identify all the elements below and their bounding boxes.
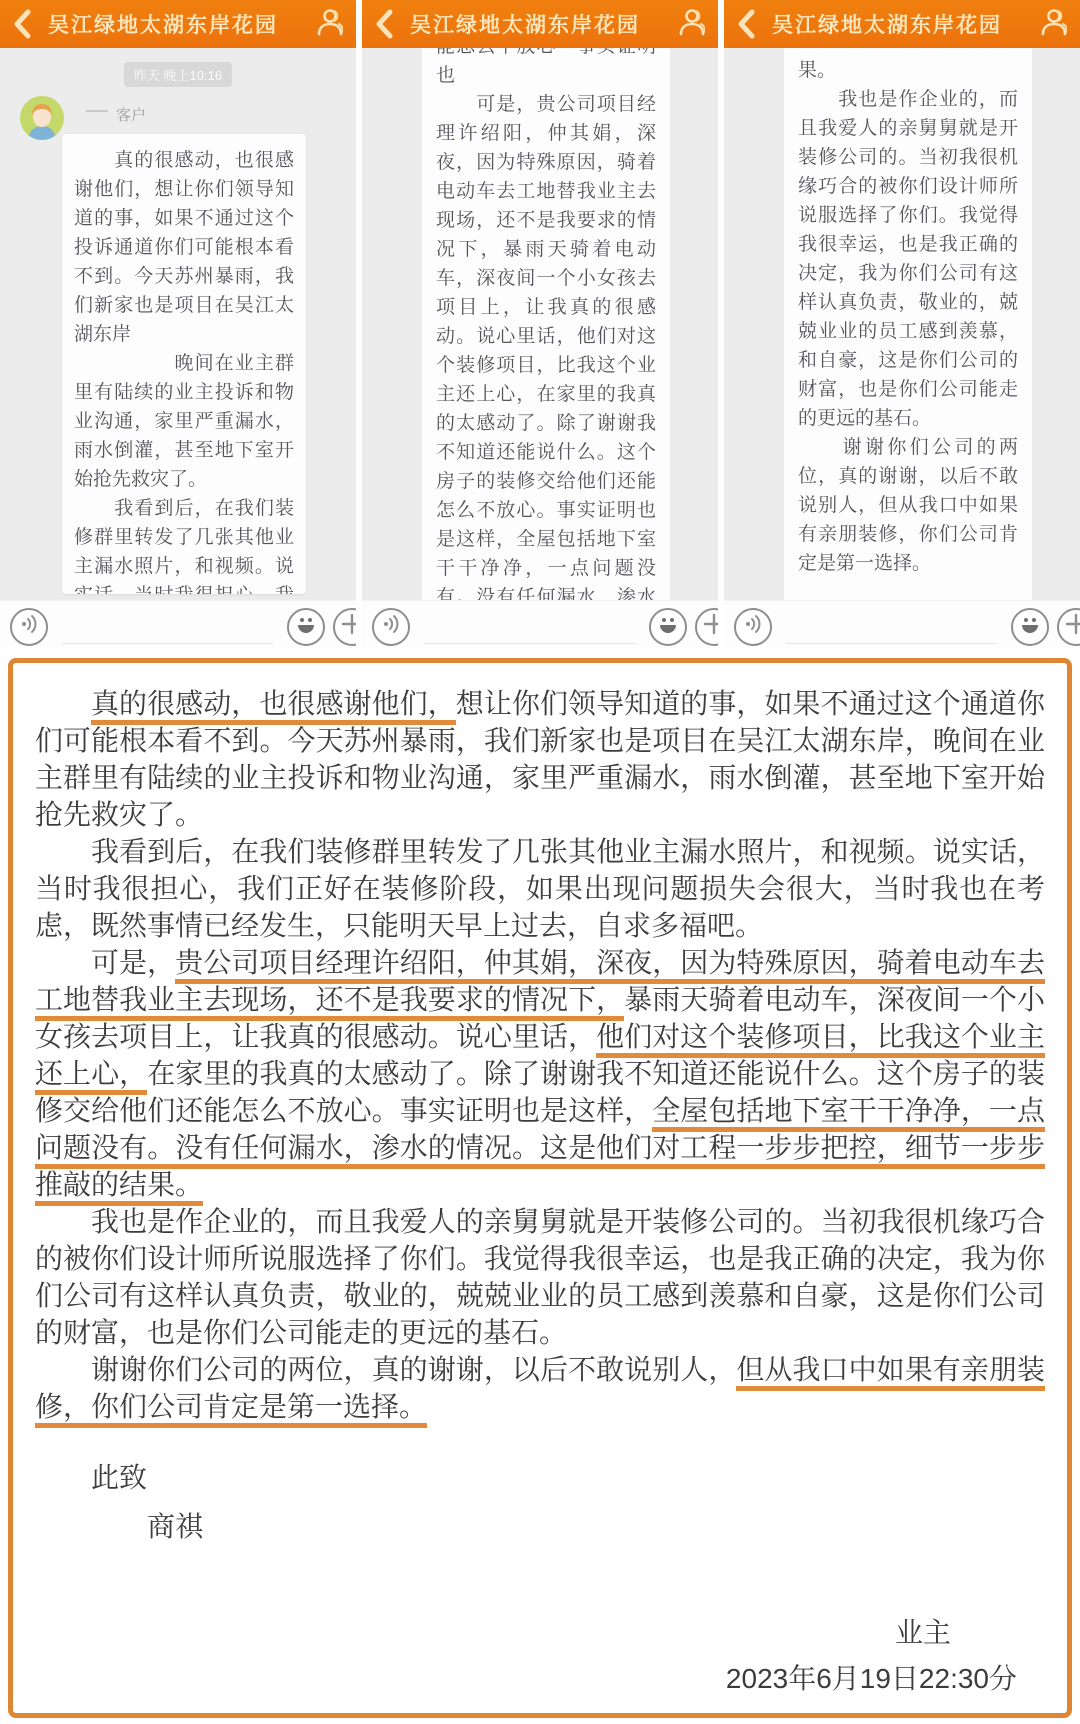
- phone-panel-2: 吴江绿地太湖东岸花园 能怎么不放心 事实证明也 可是，贵公司项目经理许绍阳，仲其…: [362, 0, 718, 652]
- voice-button[interactable]: [734, 608, 772, 646]
- chat-header: 吴江绿地太湖东岸花园: [362, 0, 718, 48]
- phone-panel-1: 吴江绿地太湖东岸花园 昨天 晚上10:16 客户 真的很感动，也很感谢他们，想让…: [0, 0, 356, 652]
- avatar[interactable]: [20, 96, 64, 140]
- chat-input-bar: [724, 600, 1080, 652]
- phone-panel-3: 吴江绿地太湖东岸花园 果。 我也是作企业的，而且我爱人的亲舅舅就是开装修公司的。…: [724, 0, 1080, 652]
- message-text: 能怎么不放心 事实证明也 可是，贵公司项目经理许绍阳，仲其娟，深夜，因为特殊原因…: [436, 48, 656, 600]
- letter-paragraph-2: 我看到后，在我们装修群里转发了几张其他业主漏水照片，和视频。说实话，当时我很担心…: [35, 833, 1045, 944]
- chat-header: 吴江绿地太湖东岸花园: [0, 0, 356, 48]
- plus-icon: [703, 613, 718, 640]
- chat-body: 昨天 晚上10:16 客户 真的很感动，也很感谢他们，想让你们领导知道的事，如果…: [0, 48, 356, 600]
- letter-paragraph-1: 真的很感动，也很感谢他们，想让你们领导知道的事，如果不通过这个通道你们可能根本看…: [35, 685, 1045, 833]
- message-input[interactable]: [62, 610, 273, 644]
- letter-paragraph-5: 谢谢你们公司的两位，真的谢谢，以后不敢说别人，但从我口中如果有亲朋装修，你们公司…: [35, 1351, 1045, 1425]
- message-sheet[interactable]: 果。 我也是作企业的，而且我爱人的亲舅舅就是开装修公司的。当初我很机缘巧合的被你…: [784, 48, 1032, 600]
- letter-paragraph-3: 可是，贵公司项目经理许绍阳，仲其娟，深夜，因为特殊原因，骑着电动车去工地替我业主…: [35, 944, 1045, 1203]
- back-chevron-icon: [736, 9, 756, 39]
- chat-input-bar: [362, 600, 718, 652]
- back-button[interactable]: [12, 7, 42, 41]
- letter-paragraph-4: 我也是作企业的，而且我爱人的亲舅舅就是开装修公司的。当初我很机缘巧合的被你们设计…: [35, 1203, 1045, 1351]
- message-bubble[interactable]: 真的很感动，也很感谢他们，想让你们领导知道的事，如果不通过这个投诉通道你们可能根…: [62, 134, 306, 594]
- plus-icon: [341, 613, 356, 640]
- back-button[interactable]: [374, 7, 404, 41]
- message-text: 真的很感动，也很感谢他们，想让你们领导知道的事，如果不通过这个投诉通道你们可能根…: [74, 146, 294, 594]
- emoji-button[interactable]: [1011, 608, 1049, 646]
- more-button[interactable]: [1057, 608, 1080, 646]
- sender-name: 客户: [116, 104, 146, 125]
- voice-button[interactable]: [10, 608, 48, 646]
- more-button[interactable]: [695, 608, 718, 646]
- voice-wave-icon: [18, 613, 40, 640]
- chat-input-bar: [0, 600, 356, 652]
- contacts-button[interactable]: [670, 6, 706, 42]
- voice-wave-icon: [742, 613, 764, 640]
- smiley-icon: [294, 612, 318, 641]
- contacts-icon: [671, 7, 705, 42]
- timestamp-badge: 昨天 晚上10:16: [124, 62, 232, 87]
- redacted-name-dash: [86, 110, 108, 112]
- contacts-icon: [1033, 7, 1067, 42]
- message-sheet[interactable]: 能怎么不放心 事实证明也 可是，贵公司项目经理许绍阳，仲其娟，深夜，因为特殊原因…: [422, 48, 670, 600]
- chat-header: 吴江绿地太湖东岸花园: [724, 0, 1080, 48]
- message-input[interactable]: [424, 610, 635, 644]
- back-button[interactable]: [736, 7, 766, 41]
- signature-datetime: 2023年6月19日22:30分: [35, 1657, 1017, 1697]
- back-chevron-icon: [374, 9, 394, 39]
- voice-wave-icon: [380, 613, 402, 640]
- emoji-button[interactable]: [287, 608, 325, 646]
- contacts-icon: [309, 7, 343, 42]
- letter-closing: 此致 商祺: [35, 1459, 1045, 1545]
- message-input[interactable]: [786, 610, 997, 644]
- chat-body: 能怎么不放心 事实证明也 可是，贵公司项目经理许绍阳，仲其娟，深夜，因为特殊原因…: [362, 48, 718, 600]
- more-button[interactable]: [333, 608, 356, 646]
- closing-salute: 此致: [35, 1459, 1045, 1496]
- chat-body: 果。 我也是作企业的，而且我爱人的亲舅舅就是开装修公司的。当初我很机缘巧合的被你…: [724, 48, 1080, 600]
- smiley-icon: [656, 612, 680, 641]
- chat-screenshots-row: 吴江绿地太湖东岸花园 昨天 晚上10:16 客户 真的很感动，也很感谢他们，想让…: [0, 0, 1080, 652]
- signature-signer: 业主: [35, 1611, 951, 1651]
- plus-icon: [1065, 613, 1080, 640]
- highlighted-phrase: 真的很感动，也很感谢他们，: [91, 688, 456, 725]
- chat-title: 吴江绿地太湖东岸花园: [42, 9, 308, 39]
- contacts-button[interactable]: [308, 6, 344, 42]
- emoji-button[interactable]: [649, 608, 687, 646]
- contacts-button[interactable]: [1032, 6, 1068, 42]
- back-chevron-icon: [12, 9, 32, 39]
- letter-transcription-box: 真的很感动，也很感谢他们，想让你们领导知道的事，如果不通过这个通道你们可能根本看…: [8, 658, 1072, 1718]
- closing-regards: 商祺: [35, 1508, 1045, 1545]
- message-text: 果。 我也是作企业的，而且我爱人的亲舅舅就是开装修公司的。当初我很机缘巧合的被你…: [798, 56, 1018, 600]
- voice-button[interactable]: [372, 608, 410, 646]
- chat-title: 吴江绿地太湖东岸花园: [404, 9, 670, 39]
- smiley-icon: [1018, 612, 1042, 641]
- chat-title: 吴江绿地太湖东岸花园: [766, 9, 1032, 39]
- letter-signature: 业主 2023年6月19日22:30分: [35, 1611, 1045, 1697]
